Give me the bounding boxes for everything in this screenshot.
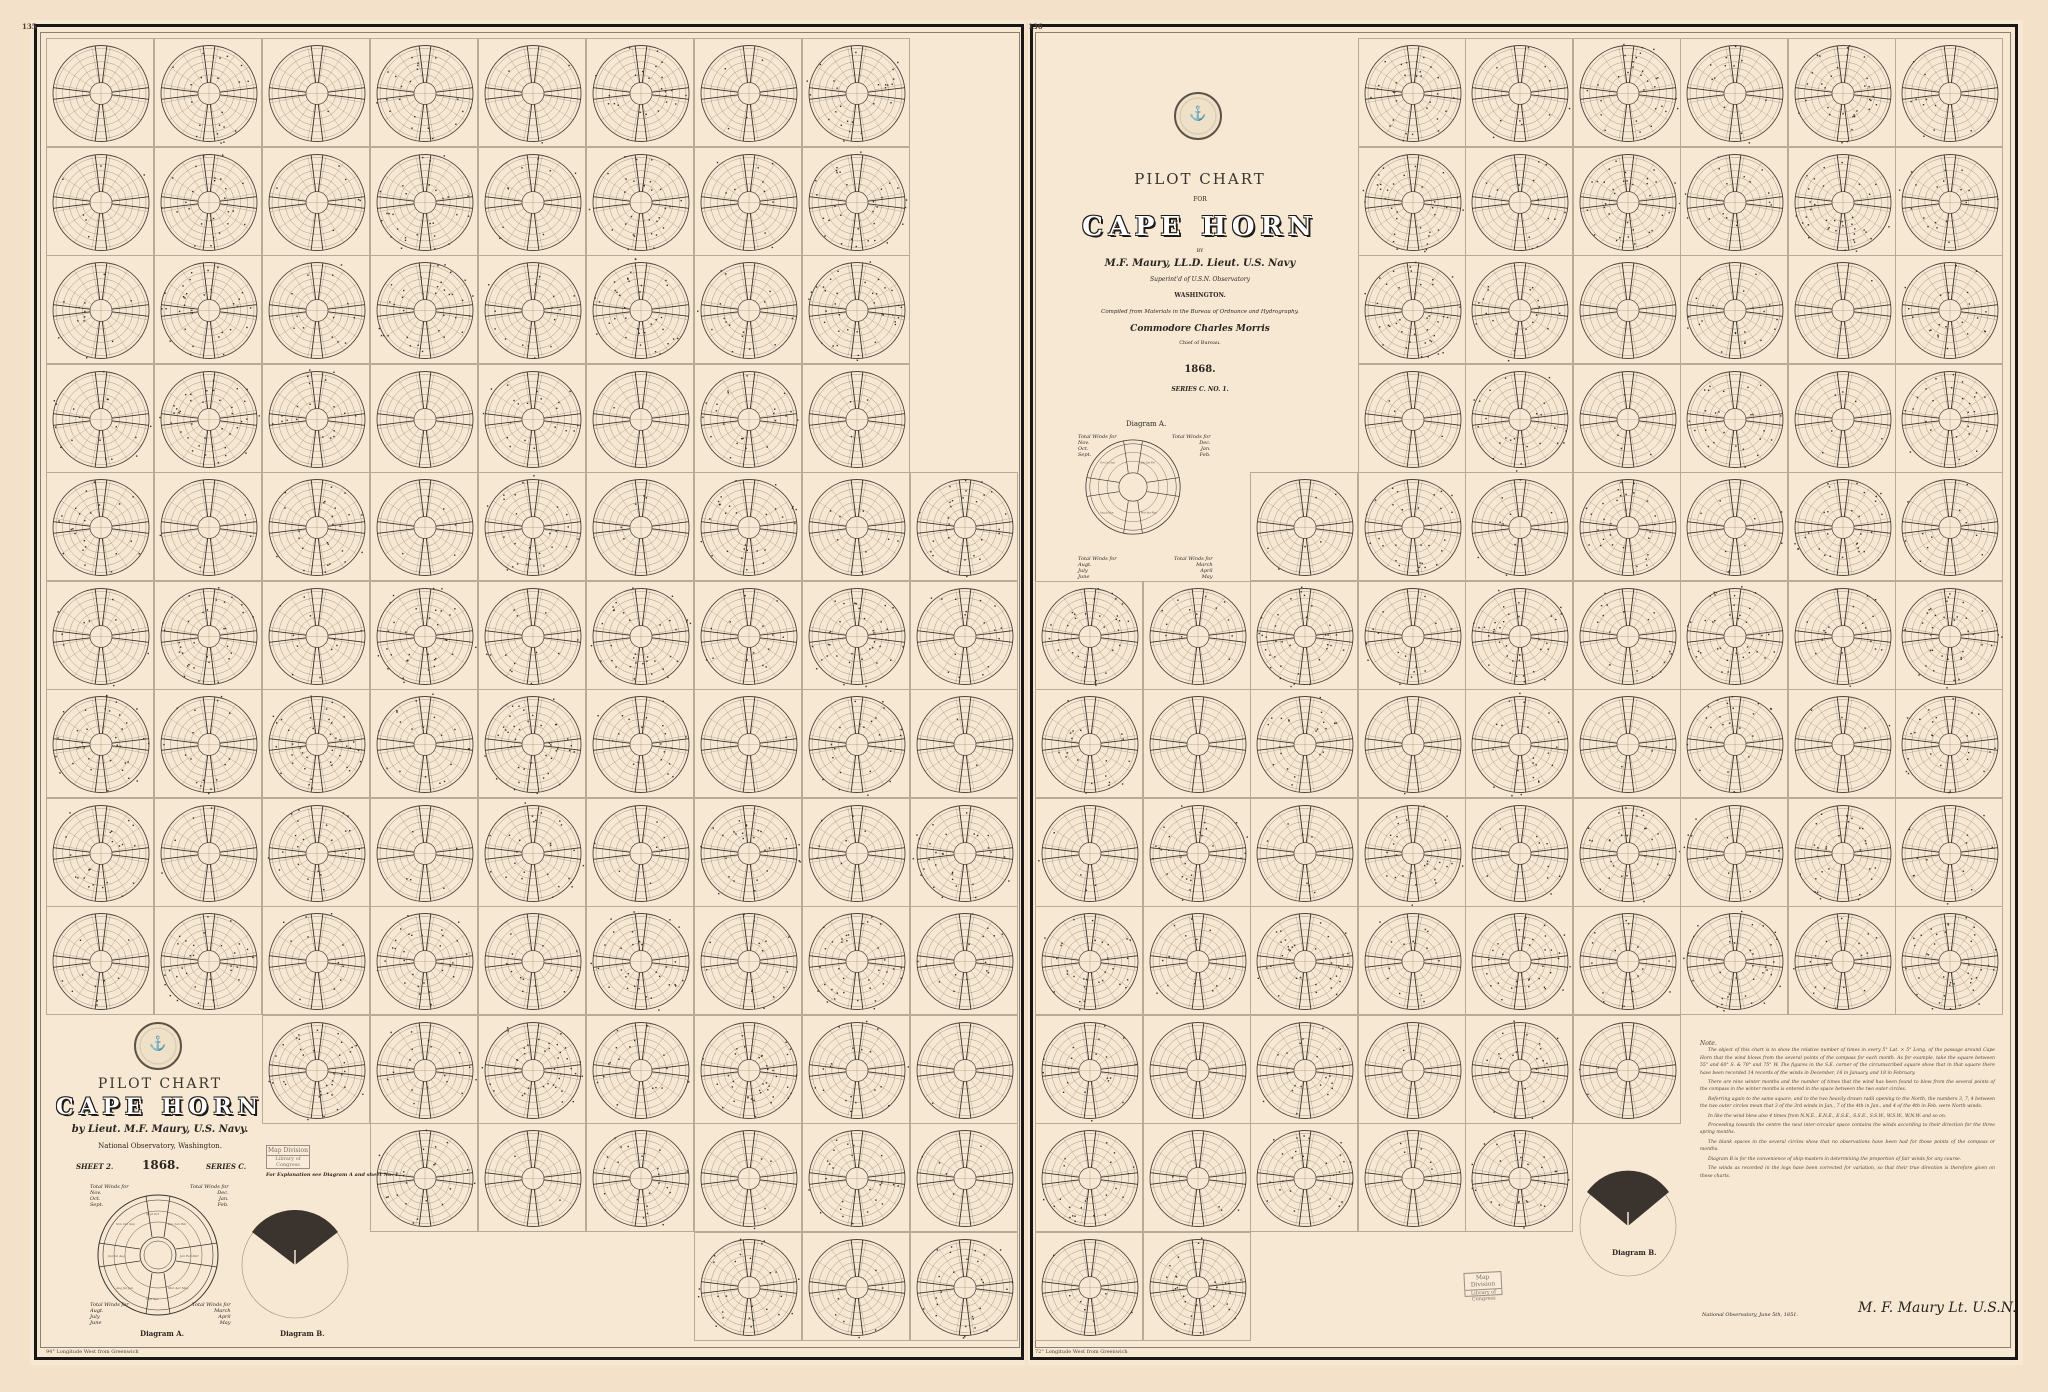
wind-rose-icon: [1681, 690, 1789, 799]
svg-text:Jan Feb Mar: Jan Feb Mar: [179, 1254, 199, 1258]
wind-rose-icon: [587, 1016, 695, 1125]
right-title-series: SERIES C. NO. 1.: [1070, 386, 1330, 393]
wind-rose-cell: [1680, 147, 1788, 256]
left-diagram-a-top-left-legend: Total Winds for Nov. Oct. Sept.: [90, 1184, 129, 1208]
right-seal-icon: ⚓: [1174, 92, 1222, 140]
wind-rose-icon: [1681, 582, 1789, 691]
wind-rose-icon: [587, 148, 695, 257]
wind-rose-cell: [910, 1232, 1018, 1341]
wind-rose-cell: [694, 906, 802, 1015]
wind-rose-cell: [1680, 364, 1788, 473]
wind-rose-icon: [479, 582, 587, 691]
wind-rose-icon: [47, 799, 155, 908]
wind-rose-cell: [1895, 364, 2003, 473]
wind-rose-icon: [479, 1016, 587, 1125]
wind-rose-cell: [154, 255, 262, 364]
wind-rose-cell: [1573, 581, 1681, 690]
wind-rose-icon: [1359, 799, 1467, 908]
right-diagram-a-top-right-legend: Total Winds for Dec. Jan. Feb.: [1172, 434, 1211, 458]
wind-rose-icon: [1681, 148, 1789, 257]
right-diagram-b-label: Diagram B.: [1612, 1248, 1657, 1257]
wind-rose-icon: [1789, 256, 1897, 365]
left-library-stamp: Map Division Library of Congress: [266, 1145, 310, 1169]
wind-rose-cell: [154, 364, 262, 473]
wind-rose-icon: [263, 256, 371, 365]
wind-rose-cell: [1250, 689, 1358, 798]
wind-rose-cell: [370, 364, 478, 473]
wind-rose-icon: [1036, 582, 1144, 691]
wind-rose-icon: [1144, 582, 1252, 691]
right-bottom-longitude-label: 72° Longitude West from Greenwich: [1035, 1349, 1128, 1355]
wind-rose-cell: [802, 472, 910, 581]
wind-rose-icon: [263, 799, 371, 908]
wind-rose-icon: [1789, 799, 1897, 908]
wind-rose-cell: [1788, 472, 1896, 581]
wind-rose-cell: [1465, 255, 1573, 364]
wind-rose-cell: [46, 38, 154, 147]
wind-rose-icon: [1896, 907, 2004, 1016]
wind-rose-cell: [1573, 255, 1681, 364]
wind-rose-cell: [586, 581, 694, 690]
wind-rose-icon: [1251, 799, 1359, 908]
wind-rose-icon: [1574, 365, 1682, 474]
wind-rose-icon: [1359, 907, 1467, 1016]
wind-rose-cell: [910, 798, 1018, 907]
wind-rose-icon: [587, 256, 695, 365]
wind-rose-icon: [479, 799, 587, 908]
wind-rose-icon: [1359, 582, 1467, 691]
wind-rose-cell: [694, 1232, 802, 1341]
wind-rose-icon: [1036, 1233, 1144, 1342]
svg-text:Dec Jan Feb: Dec Jan Feb: [1140, 461, 1156, 464]
wind-rose-cell: [1035, 581, 1143, 690]
wind-rose-icon: [695, 148, 803, 257]
wind-rose-icon: [1574, 473, 1682, 582]
wind-rose-cell: [478, 798, 586, 907]
wind-rose-cell: [262, 255, 370, 364]
wind-rose-cell: [1358, 906, 1466, 1015]
wind-rose-cell: [1143, 906, 1251, 1015]
wind-rose-icon: [1466, 690, 1574, 799]
wind-rose-icon: [803, 1124, 911, 1233]
wind-rose-icon: [47, 39, 155, 148]
wind-rose-cell: [1680, 798, 1788, 907]
wind-rose-icon: [695, 473, 803, 582]
wind-rose-cell: [1788, 581, 1896, 690]
wind-rose-cell: [802, 798, 910, 907]
wind-rose-cell: [262, 581, 370, 690]
wind-rose-cell: [1895, 798, 2003, 907]
wind-rose-icon: [695, 1016, 803, 1125]
wind-rose-cell: [154, 38, 262, 147]
wind-rose-cell: [1035, 689, 1143, 798]
wind-rose-cell: [1358, 472, 1466, 581]
notes-paragraph: The winds as recorded in the logs have b…: [1700, 1165, 1995, 1180]
wind-rose-icon: [1681, 799, 1789, 908]
wind-rose-cell: [262, 798, 370, 907]
wind-rose-cell: [910, 1123, 1018, 1232]
right-library-stamp: Map Division Library of Congress: [1463, 1271, 1502, 1297]
wind-rose-cell: [694, 364, 802, 473]
left-diagram-a-top-right-legend: Total Winds for Dec. Jan. Feb.: [190, 1184, 229, 1208]
wind-rose-cell: [1788, 147, 1896, 256]
wind-rose-cell: [262, 147, 370, 256]
wind-rose-icon: [371, 690, 479, 799]
wind-rose-icon: [695, 582, 803, 691]
wind-rose-cell: [370, 1015, 478, 1124]
wind-rose-icon: [47, 365, 155, 474]
wind-rose-icon: [1789, 690, 1897, 799]
wind-rose-icon: [1466, 1016, 1574, 1125]
wind-rose-icon: [1896, 473, 2004, 582]
wind-rose-cell: [1465, 581, 1573, 690]
wind-rose-icon: [155, 39, 263, 148]
wind-rose-cell: [46, 581, 154, 690]
wind-rose-cell: [1680, 472, 1788, 581]
wind-rose-cell: [802, 689, 910, 798]
maury-signature: M. F. Maury Lt. U.S.N.: [1858, 1300, 2017, 1316]
right-diagram-a-bottom-left-legend: Total Winds for Augt. July June: [1078, 556, 1117, 580]
wind-rose-cell: [1788, 689, 1896, 798]
wind-rose-icon: [479, 148, 587, 257]
notes-date-line: National Observatory, June 5th, 1851.: [1702, 1312, 1798, 1318]
wind-rose-icon: [47, 473, 155, 582]
wind-rose-icon: [371, 1016, 479, 1125]
wind-rose-icon: [371, 365, 479, 474]
wind-rose-icon: [803, 1233, 911, 1342]
wind-rose-cell: [1895, 255, 2003, 364]
wind-rose-icon: [911, 1124, 1019, 1233]
wind-rose-cell: [586, 147, 694, 256]
wind-rose-icon: [263, 365, 371, 474]
wind-rose-icon: [1036, 690, 1144, 799]
svg-text:Sept Oct: Sept Oct: [146, 1212, 160, 1216]
wind-rose-cell: [1573, 38, 1681, 147]
wind-rose-cell: [1680, 581, 1788, 690]
wind-rose-cell: [694, 472, 802, 581]
wind-rose-cell: [1358, 38, 1466, 147]
right-title-chief: Chief of Bureau.: [1070, 340, 1330, 346]
wind-rose-icon: [47, 582, 155, 691]
wind-rose-cell: [910, 1015, 1018, 1124]
wind-rose-cell: [46, 798, 154, 907]
right-title-commodore: Commodore Charles Morris: [1070, 324, 1330, 334]
wind-rose-cell: [154, 472, 262, 581]
wind-rose-icon: [911, 1233, 1019, 1342]
wind-rose-icon: [1896, 690, 2004, 799]
wind-rose-cell: [1788, 364, 1896, 473]
wind-rose-icon: [47, 907, 155, 1016]
wind-rose-icon: [1144, 799, 1252, 908]
wind-rose-icon: [1896, 39, 2004, 148]
wind-rose-cell: [1680, 255, 1788, 364]
wind-rose-cell: [1895, 906, 2003, 1015]
wind-rose-icon: [263, 39, 371, 148]
wind-rose-icon: [1574, 1016, 1682, 1125]
wind-rose-icon: [587, 365, 695, 474]
wind-rose-cell: [370, 689, 478, 798]
wind-rose-cell: [1358, 581, 1466, 690]
wind-rose-icon: [803, 907, 911, 1016]
wind-rose-icon: [1896, 365, 2004, 474]
wind-rose-cell: [1358, 798, 1466, 907]
wind-rose-icon: [47, 690, 155, 799]
wind-rose-cell: [1680, 38, 1788, 147]
wind-rose-icon: [1789, 39, 1897, 148]
notes-paragraph: There are nine winter months and the num…: [1700, 1079, 1995, 1094]
wind-rose-icon: [695, 907, 803, 1016]
left-title-sheet: SHEET 2.: [76, 1162, 113, 1171]
wind-rose-cell: [1465, 38, 1573, 147]
wind-rose-icon: [1574, 799, 1682, 908]
wind-rose-icon: [479, 1124, 587, 1233]
wind-rose-cell: [1143, 689, 1251, 798]
right-title-cape-horn: CAPE HORN: [1060, 212, 1340, 242]
wind-rose-icon: [1251, 1124, 1359, 1233]
wind-rose-icon: [1789, 907, 1897, 1016]
wind-rose-cell: [586, 1123, 694, 1232]
right-title-washington: WASHINGTON.: [1070, 292, 1330, 299]
right-diagram-a-bottom-right-legend: Total Winds for March April May: [1174, 556, 1213, 580]
wind-rose-icon: [1574, 582, 1682, 691]
wind-rose-icon: [803, 690, 911, 799]
wind-rose-cell: [802, 147, 910, 256]
wind-rose-cell: [910, 689, 1018, 798]
notes-paragraph: In like the wind blew also 4 times from …: [1700, 1113, 1995, 1120]
wind-rose-icon: [1466, 39, 1574, 148]
wind-rose-icon: [479, 39, 587, 148]
wind-rose-icon: [155, 148, 263, 257]
wind-rose-icon: [695, 39, 803, 148]
wind-rose-cell: [1358, 689, 1466, 798]
wind-rose-icon: [1681, 39, 1789, 148]
wind-rose-cell: [1358, 1123, 1466, 1232]
wind-rose-cell: [46, 364, 154, 473]
wind-rose-cell: [478, 581, 586, 690]
wind-rose-icon: [803, 1016, 911, 1125]
wind-rose-cell: [478, 1123, 586, 1232]
wind-rose-icon: [911, 799, 1019, 908]
wind-rose-cell: [262, 364, 370, 473]
wind-rose-icon: [803, 148, 911, 257]
right-title-for: FOR: [1070, 196, 1330, 203]
wind-rose-icon: [1359, 690, 1467, 799]
diagram-b-sector-icon: [240, 1210, 350, 1320]
wind-rose-icon: [155, 582, 263, 691]
wind-rose-icon: [1359, 473, 1467, 582]
wind-rose-icon: [1144, 1124, 1252, 1233]
wind-rose-cell: [802, 906, 910, 1015]
left-diagram-b: [240, 1210, 350, 1320]
wind-rose-icon: [1789, 473, 1897, 582]
wind-rose-cell: [1035, 906, 1143, 1015]
wind-rose-icon: [1144, 1233, 1252, 1342]
wind-rose-icon: [1036, 799, 1144, 908]
wind-rose-icon: [803, 39, 911, 148]
notes-paragraph: Referring again to the same square, and …: [1700, 1096, 1995, 1111]
left-title-series: SERIES C.: [206, 1162, 246, 1171]
svg-text:Aug Jul Jun: Aug Jul Jun: [1099, 512, 1114, 515]
svg-text:Mar Apr: Mar Apr: [145, 1297, 159, 1301]
wind-rose-icon: [263, 148, 371, 257]
wind-rose-icon: [371, 39, 479, 148]
wind-rose-icon: [1681, 907, 1789, 1016]
right-diagram-b-sector-icon: [1578, 1168, 1678, 1278]
wind-rose-icon: [1466, 365, 1574, 474]
wind-rose-icon: [911, 690, 1019, 799]
wind-rose-cell: [1143, 1015, 1251, 1124]
wind-rose-cell: [370, 147, 478, 256]
wind-rose-icon: [1359, 365, 1467, 474]
wind-rose-cell: [1250, 581, 1358, 690]
notes-paragraph: The blank spaces in the several circles …: [1700, 1139, 1995, 1154]
wind-rose-cell: [1465, 906, 1573, 1015]
wind-rose-icon: [695, 256, 803, 365]
wind-rose-icon: [1251, 690, 1359, 799]
wind-rose-cell: [478, 1015, 586, 1124]
wind-rose-icon: [695, 1124, 803, 1233]
wind-rose-icon: [1789, 582, 1897, 691]
wind-rose-cell: [694, 798, 802, 907]
wind-rose-cell: [1358, 1015, 1466, 1124]
wind-rose-icon: [1574, 148, 1682, 257]
wind-rose-icon: [1681, 256, 1789, 365]
wind-rose-icon: [803, 473, 911, 582]
wind-rose-icon: [371, 799, 479, 908]
wind-rose-icon: [587, 907, 695, 1016]
wind-rose-icon: [263, 1016, 371, 1125]
wind-rose-cell: [478, 147, 586, 256]
wind-rose-icon: [1466, 582, 1574, 691]
wind-rose-cell: [1465, 1015, 1573, 1124]
wind-rose-icon: [1466, 148, 1574, 257]
wind-rose-icon: [47, 256, 155, 365]
wind-rose-icon: [587, 799, 695, 908]
wind-rose-cell: [586, 1015, 694, 1124]
wind-rose-cell: [154, 689, 262, 798]
wind-rose-cell: [478, 255, 586, 364]
right-title-compiled: Compiled from Materials in the Bureau of…: [1060, 309, 1340, 315]
wind-rose-cell: [586, 364, 694, 473]
wind-rose-icon: [1466, 473, 1574, 582]
left-seal-icon: ⚓: [134, 1022, 182, 1070]
wind-rose-cell: [1465, 147, 1573, 256]
wind-rose-cell: [1573, 798, 1681, 907]
wind-rose-cell: [46, 689, 154, 798]
notes-heading: Note.: [1700, 1040, 1995, 1047]
wind-rose-cell: [1143, 1232, 1251, 1341]
wind-rose-icon: [911, 1016, 1019, 1125]
svg-text:Mar Apr May: Mar Apr May: [167, 1286, 189, 1290]
wind-rose-cell: [46, 255, 154, 364]
svg-text:Aug Jul Jun: Aug Jul Jun: [115, 1286, 133, 1290]
wind-rose-icon: [1144, 690, 1252, 799]
wind-rose-icon: [1359, 39, 1467, 148]
right-title-by: BY: [1070, 248, 1330, 254]
wind-rose-icon: [1789, 148, 1897, 257]
wind-rose-icon: [1574, 256, 1682, 365]
svg-text:Dec Jan Feb: Dec Jan Feb: [167, 1222, 186, 1226]
wind-rose-icon: [1466, 799, 1574, 908]
wind-rose-icon: [911, 473, 1019, 582]
wind-rose-cell: [370, 581, 478, 690]
wind-rose-icon: [1466, 1124, 1574, 1233]
wind-rose-icon: [803, 256, 911, 365]
left-bottom-longitude-label: 94° Longitude West from Greenwich: [46, 1349, 139, 1355]
wind-rose-cell: [694, 255, 802, 364]
wind-rose-icon: [371, 582, 479, 691]
wind-rose-cell: [478, 689, 586, 798]
wind-rose-cell: [262, 1015, 370, 1124]
left-title-year: 1868.: [142, 1158, 180, 1172]
wind-rose-icon: [1036, 907, 1144, 1016]
wind-rose-icon: [1896, 148, 2004, 257]
wind-rose-icon: [1681, 473, 1789, 582]
wind-rose-cell: [1035, 1123, 1143, 1232]
wind-rose-icon: [1896, 256, 2004, 365]
wind-rose-cell: [694, 1123, 802, 1232]
wind-rose-cell: [1143, 798, 1251, 907]
wind-rose-cell: [370, 798, 478, 907]
wind-rose-cell: [1143, 581, 1251, 690]
right-title-pilot-chart: PILOT CHART: [1070, 170, 1330, 188]
wind-rose-cell: [1680, 906, 1788, 1015]
wind-rose-cell: [262, 38, 370, 147]
left-explanation-note: For Explanation see Diagram A and sheet …: [266, 1172, 400, 1178]
wind-rose-cell: [1465, 1123, 1573, 1232]
wind-rose-icon: [587, 473, 695, 582]
svg-text:Nov Oct Sep: Nov Oct Sep: [1099, 461, 1115, 464]
wind-rose-cell: [1250, 1123, 1358, 1232]
wind-rose-cell: [586, 906, 694, 1015]
wind-rose-cell: [586, 689, 694, 798]
wind-rose-cell: [1895, 689, 2003, 798]
wind-rose-cell: [586, 38, 694, 147]
svg-text:Mar Apr May: Mar Apr May: [1140, 512, 1158, 515]
wind-rose-cell: [154, 581, 262, 690]
wind-rose-icon: [803, 582, 911, 691]
wind-rose-icon: [371, 256, 479, 365]
wind-rose-icon: [803, 799, 911, 908]
wind-rose-cell: [1250, 472, 1358, 581]
wind-rose-cell: [802, 1123, 910, 1232]
wind-rose-icon: [479, 365, 587, 474]
wind-rose-cell: [694, 38, 802, 147]
wind-rose-icon: [1144, 1016, 1252, 1125]
wind-rose-cell: [1680, 689, 1788, 798]
wind-rose-cell: [910, 581, 1018, 690]
svg-text:Jun Jul Aug: Jun Jul Aug: [107, 1254, 125, 1258]
wind-rose-icon: [1896, 582, 2004, 691]
wind-rose-icon: [263, 690, 371, 799]
wind-rose-cell: [370, 472, 478, 581]
wind-rose-icon: [587, 690, 695, 799]
wind-rose-cell: [802, 364, 910, 473]
wind-rose-cell: [478, 364, 586, 473]
wind-rose-cell: [802, 38, 910, 147]
right-title-year: 1868.: [1070, 364, 1330, 375]
wind-rose-cell: [1250, 1015, 1358, 1124]
wind-rose-cell: [910, 472, 1018, 581]
wind-rose-cell: [586, 472, 694, 581]
wind-rose-cell: [46, 147, 154, 256]
left-title-author: by Lieut. M.F. Maury, U.S. Navy.: [60, 1124, 260, 1135]
wind-rose-cell: [1035, 1015, 1143, 1124]
wind-rose-icon: [1574, 907, 1682, 1016]
wind-rose-cell: [478, 906, 586, 1015]
wind-rose-icon: [1251, 1016, 1359, 1125]
wind-rose-icon: [1896, 799, 2004, 908]
